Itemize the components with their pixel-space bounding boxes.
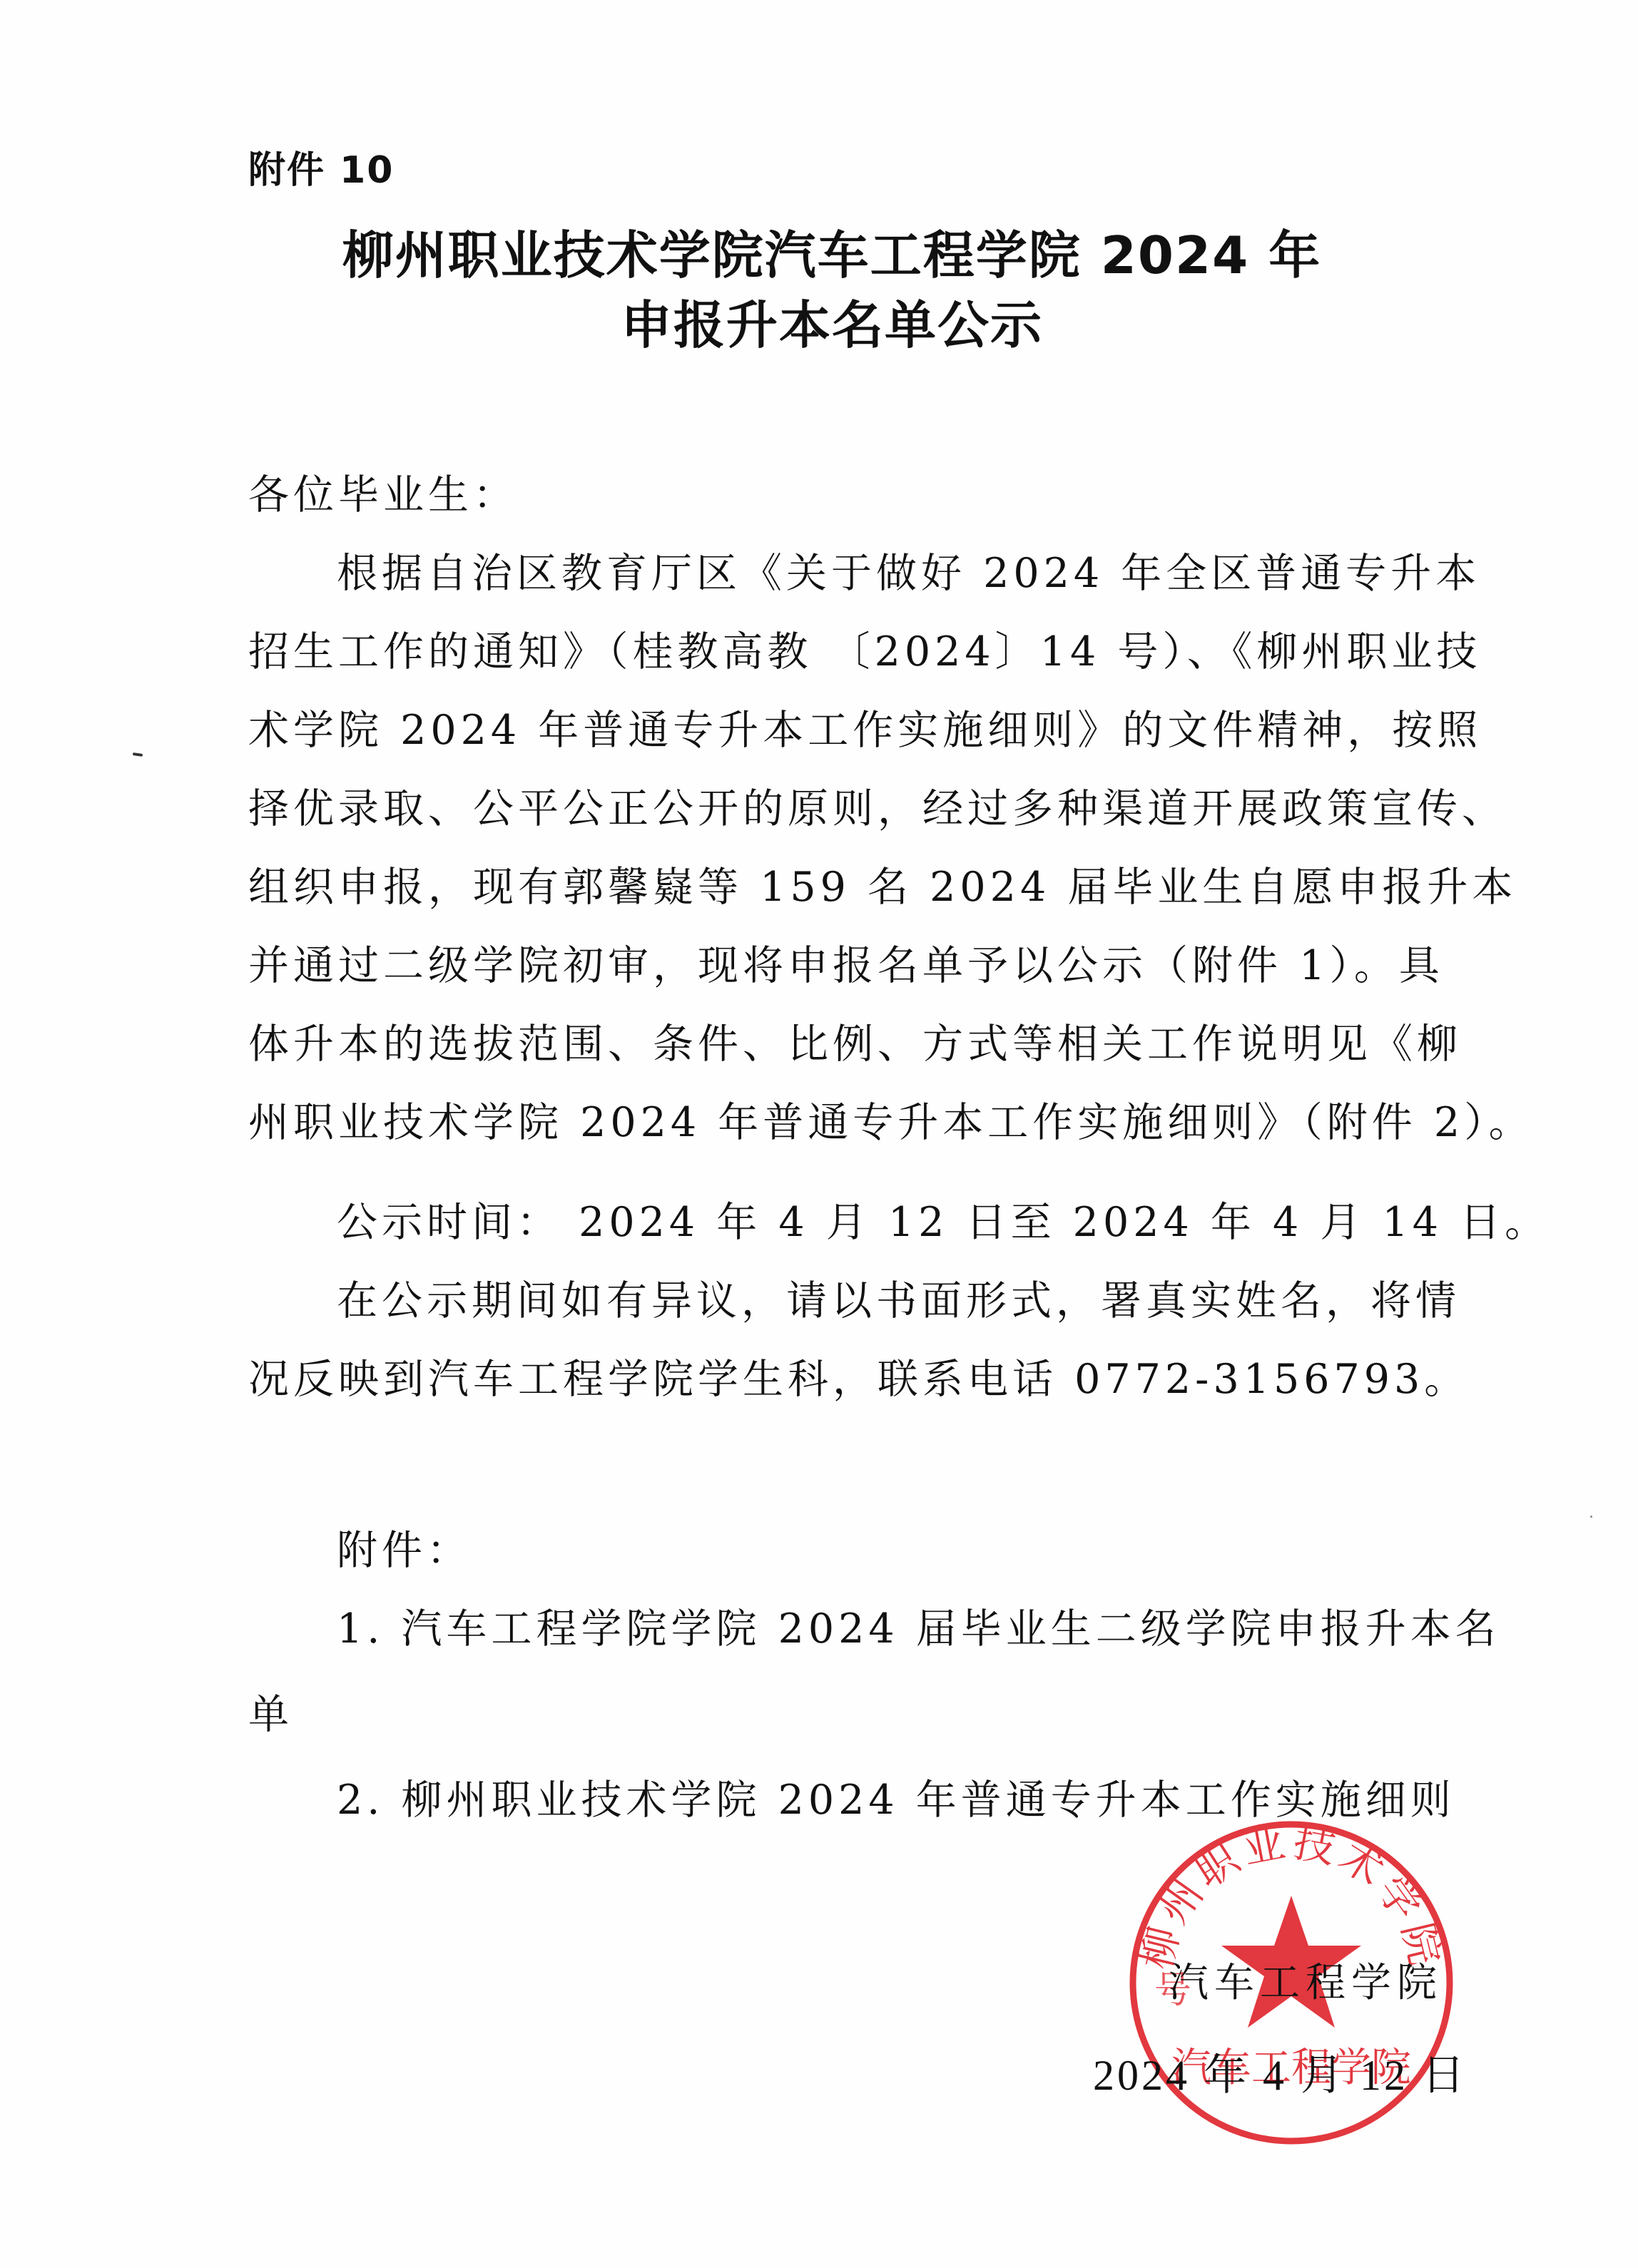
- signature-date: 2024 年 4 月 12 日: [1093, 2041, 1467, 2103]
- salutation: 各位毕业生：: [248, 462, 518, 521]
- document-page: 附件 10 柳州职业技术学院汽车工程学院 2024 年 申报升本名单公示 各位毕…: [0, 0, 1638, 2268]
- body-line: 州职业技术学院 2024 年普通专升本工作实施细则》（附件 2）。: [248, 1090, 1534, 1148]
- document-title-line-2: 申报升本名单公示: [13, 284, 1638, 358]
- publicity-period: 公示时间： 2024 年 4 月 12 日至 2024 年 4 月 14 日。: [337, 1190, 1550, 1248]
- body-line: 招生工作的通知》（桂教高教 〔2024〕14 号）、《柳州职业技: [248, 619, 1481, 678]
- attachment-item-1-cont: 单: [248, 1682, 293, 1740]
- signature-organization: 汽车工程学院: [1169, 1951, 1443, 2008]
- body-line: 术学院 2024 年普通专升本工作实施细则》的文件精神，按照: [248, 698, 1482, 756]
- body-line: 组织申报，现有郭馨嶷等 159 名 2024 届毕业生自愿申报升本: [248, 854, 1517, 913]
- body-line: 体升本的选拔范围、条件、比例、方式等相关工作说明见《柳: [248, 1011, 1462, 1070]
- scan-speck: [1590, 1516, 1592, 1518]
- scan-speck: [133, 752, 143, 757]
- body-line: 并通过二级学院初审，现将申报名单予以公示（附件 1）。具: [248, 933, 1444, 991]
- objection-line: 况反映到汽车工程学院学生科，联系电话 0772-3156793。: [248, 1347, 1469, 1405]
- svg-text:柳州职业技术学院: 柳州职业技术学院: [1132, 1817, 1451, 1973]
- attachment-item-2: 2. 柳州职业技术学院 2024 年普通专升本工作实施细则: [337, 1767, 1455, 1826]
- body-line: 根据自治区教育厅区《关于做好 2024 年全区普通专升本: [337, 541, 1480, 599]
- attachment-item-1: 1. 汽车工程学院学院 2024 届毕业生二级学院申报升本名: [337, 1596, 1500, 1655]
- body-line: 择优录取、公平公正公开的原则，经过多种渠道开展政策宣传、: [248, 776, 1507, 834]
- attachment-number: 附件 10: [248, 140, 394, 193]
- attachments-heading: 附件：: [337, 1518, 472, 1576]
- document-title-line-1: 柳州职业技术学院汽车工程学院 2024 年: [13, 214, 1638, 288]
- objection-line: 在公示期间如有异议，请以书面形式，署真实姓名，将情: [337, 1268, 1460, 1327]
- seal-arc-text: 柳州职业技术学院: [1132, 1817, 1451, 1973]
